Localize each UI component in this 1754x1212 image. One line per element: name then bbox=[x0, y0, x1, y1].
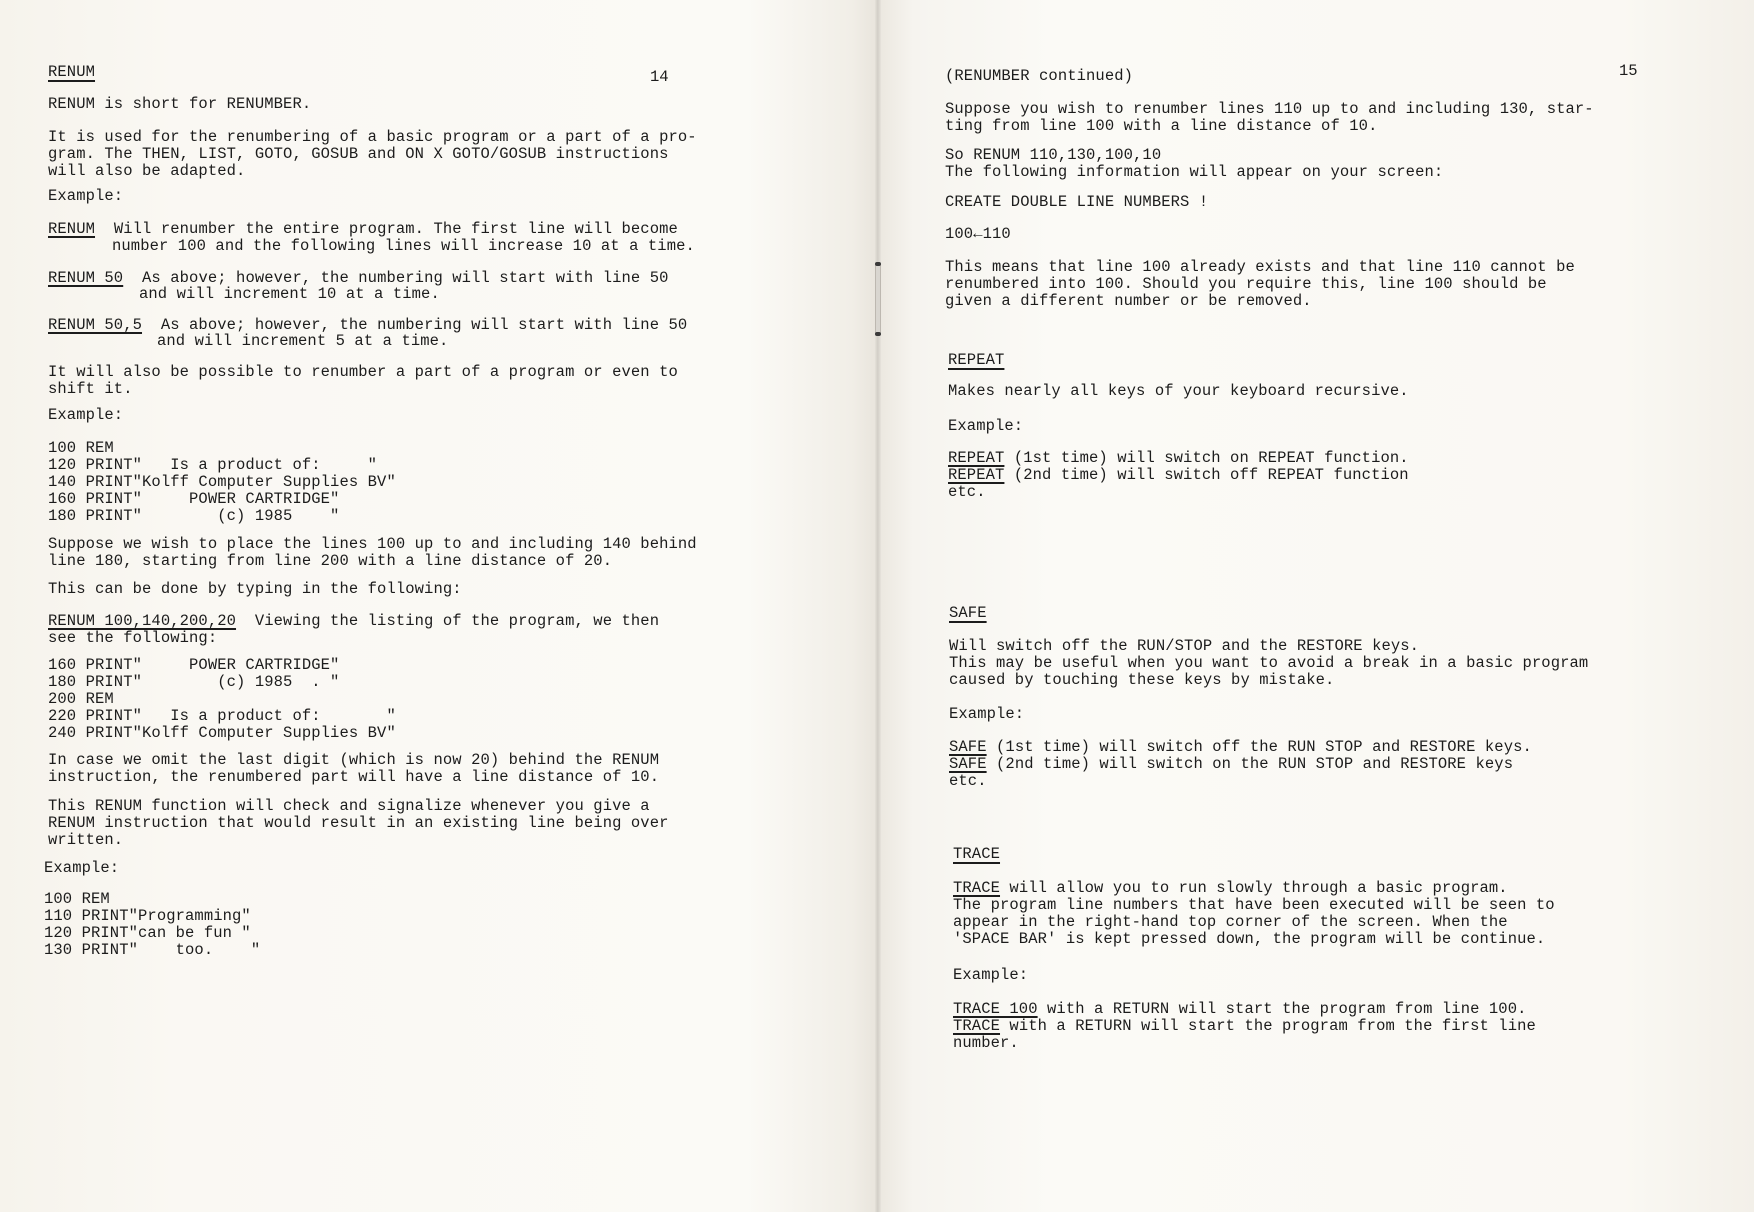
example-label: Example: bbox=[953, 967, 1028, 984]
text-line: will allow you to run slowly through a b… bbox=[1000, 879, 1508, 897]
code-line: 100 REM bbox=[48, 439, 114, 457]
text-line: (2nd time) will switch off REPEAT functi… bbox=[1004, 466, 1408, 484]
text-line: line 180, starting from line 200 with a … bbox=[48, 552, 612, 570]
section-heading-safe: SAFE bbox=[949, 605, 987, 622]
section-heading-renum: RENUM bbox=[48, 64, 95, 81]
code-line: 100 REM bbox=[44, 890, 110, 908]
continued-heading: (RENUMBER continued) bbox=[945, 68, 1133, 85]
safe-examples: SAFE (1st time) will switch off the RUN … bbox=[949, 739, 1532, 790]
text-line: In case we omit the last digit (which is… bbox=[48, 751, 659, 769]
code-line: 200 REM bbox=[48, 690, 114, 708]
text-line: This RENUM function will check and signa… bbox=[48, 797, 650, 815]
command: SAFE bbox=[949, 738, 987, 756]
text-line: Viewing the listing of the program, we t… bbox=[236, 612, 659, 630]
command: RENUM 100,140,200,20 bbox=[48, 612, 236, 630]
command: RENUM 50,5 bbox=[48, 316, 142, 334]
paragraph: It is used for the renumbering of a basi… bbox=[48, 129, 697, 180]
example-label: Example: bbox=[949, 706, 1024, 723]
command: REPEAT bbox=[948, 449, 1004, 467]
text-line: will also be adapted. bbox=[48, 162, 245, 180]
page-number: 14 bbox=[650, 68, 669, 86]
command: REPEAT bbox=[948, 466, 1004, 484]
text-line: Will renumber the entire program. The fi… bbox=[114, 220, 678, 238]
screen-message: CREATE DOUBLE LINE NUMBERS ! bbox=[945, 194, 1208, 211]
code-line: 160 PRINT" POWER CARTRIDGE" bbox=[48, 490, 339, 508]
trace-description: TRACE will allow you to run slowly throu… bbox=[953, 880, 1555, 948]
paragraph: Suppose we wish to place the lines 100 u… bbox=[48, 536, 697, 570]
example-label: Example: bbox=[44, 860, 119, 877]
text-line: instruction, the renumbered part will ha… bbox=[48, 768, 659, 786]
page-15: (RENUMBER continued) 15 Suppose you wish… bbox=[878, 0, 1754, 1212]
text-line: It is used for the renumbering of a basi… bbox=[48, 128, 697, 146]
text-line: with a RETURN will start the program fro… bbox=[1000, 1017, 1536, 1035]
text-line: with a RETURN will start the program fro… bbox=[1038, 1000, 1527, 1018]
text-line: renumbered into 100. Should you require … bbox=[945, 275, 1547, 293]
code-line: 130 PRINT" too. " bbox=[44, 941, 260, 959]
command: TRACE bbox=[953, 879, 1000, 897]
booklet-spread: RENUM 14 RENUM is short for RENUMBER. It… bbox=[0, 0, 1754, 1212]
command: RENUM 50 bbox=[48, 269, 123, 287]
command-example: RENUM 100,140,200,20 Viewing the listing… bbox=[48, 613, 659, 647]
text-line: shift it. bbox=[48, 380, 133, 398]
text-line: Suppose we wish to place the lines 100 u… bbox=[48, 535, 697, 553]
text-line: The following information will appear on… bbox=[945, 163, 1443, 181]
text-line: etc. bbox=[948, 483, 986, 501]
screen-line: 100←110 bbox=[945, 226, 1011, 243]
text-line: It will also be possible to renumber a p… bbox=[48, 363, 678, 381]
text-line: This may be useful when you want to avoi… bbox=[949, 654, 1588, 672]
text-line: gram. The THEN, LIST, GOTO, GOSUB and ON… bbox=[48, 145, 669, 163]
example-label: Example: bbox=[48, 407, 123, 424]
code-listing-2: 160 PRINT" POWER CARTRIDGE" 180 PRINT" (… bbox=[48, 657, 396, 742]
paragraph: Suppose you wish to renumber lines 110 u… bbox=[945, 101, 1594, 135]
safe-description: Will switch off the RUN/STOP and the RES… bbox=[949, 638, 1588, 689]
staple bbox=[876, 264, 880, 334]
paragraph: It will also be possible to renumber a p… bbox=[48, 364, 678, 398]
text-line: (1st time) will switch on REPEAT functio… bbox=[1004, 449, 1408, 467]
paragraph: This RENUM function will check and signa… bbox=[48, 798, 669, 849]
command: TRACE 100 bbox=[953, 1000, 1038, 1018]
text-line: This means that line 100 already exists … bbox=[945, 258, 1575, 276]
code-line: 220 PRINT" Is a product of: " bbox=[48, 707, 396, 725]
paragraph: So RENUM 110,130,100,10 The following in… bbox=[945, 147, 1443, 181]
repeat-examples: REPEAT (1st time) will switch on REPEAT … bbox=[948, 450, 1409, 501]
page-14: RENUM 14 RENUM is short for RENUMBER. It… bbox=[0, 0, 878, 1212]
trace-examples: TRACE 100 with a RETURN will start the p… bbox=[953, 1001, 1536, 1052]
usage-renum: RENUM Will renumber the entire program. … bbox=[48, 221, 678, 238]
usage-renum-50-cont: and will increment 10 at a time. bbox=[139, 286, 440, 303]
example-label: Example: bbox=[48, 188, 123, 205]
text-line: Suppose you wish to renumber lines 110 u… bbox=[945, 100, 1594, 118]
staple-end bbox=[875, 262, 881, 266]
text-line: number. bbox=[953, 1034, 1019, 1052]
command: SAFE bbox=[949, 755, 987, 773]
code-line: 140 PRINT"Kolff Computer Supplies BV" bbox=[48, 473, 396, 491]
text-line: So RENUM 110,130,100,10 bbox=[945, 146, 1161, 164]
text-line: 'SPACE BAR' is kept pressed down, the pr… bbox=[953, 930, 1545, 948]
repeat-description: Makes nearly all keys of your keyboard r… bbox=[948, 383, 1409, 400]
text-line: appear in the right-hand top corner of t… bbox=[953, 913, 1508, 931]
text-line: Will switch off the RUN/STOP and the RES… bbox=[949, 637, 1419, 655]
paragraph: This means that line 100 already exists … bbox=[945, 259, 1575, 310]
code-line: 120 PRINT"can be fun " bbox=[44, 924, 251, 942]
code-listing-1: 100 REM 120 PRINT" Is a product of: " 14… bbox=[48, 440, 396, 525]
example-label: Example: bbox=[948, 418, 1023, 435]
text-line: caused by touching these keys by mistake… bbox=[949, 671, 1334, 689]
booklet-spine bbox=[875, 0, 881, 1212]
code-line: 180 PRINT" (c) 1985 " bbox=[48, 507, 339, 525]
text-line: (1st time) will switch off the RUN STOP … bbox=[987, 738, 1532, 756]
command: RENUM bbox=[48, 220, 95, 238]
page-number: 15 bbox=[1619, 62, 1638, 80]
section-heading-trace: TRACE bbox=[953, 846, 1000, 863]
paragraph: In case we omit the last digit (which is… bbox=[48, 752, 659, 786]
text-line: The program line numbers that have been … bbox=[953, 896, 1555, 914]
text-line: written. bbox=[48, 831, 123, 849]
text-line: (2nd time) will switch on the RUN STOP a… bbox=[987, 755, 1513, 773]
text-line: see the following: bbox=[48, 629, 217, 647]
code-line: 120 PRINT" Is a product of: " bbox=[48, 456, 377, 474]
staple-end bbox=[875, 332, 881, 336]
usage-renum-cont: number 100 and the following lines will … bbox=[112, 238, 695, 255]
paragraph: This can be done by typing in the follow… bbox=[48, 581, 462, 598]
code-listing-3: 100 REM 110 PRINT"Programming" 120 PRINT… bbox=[44, 891, 260, 959]
command: TRACE bbox=[953, 1017, 1000, 1035]
text-line: etc. bbox=[949, 772, 987, 790]
text-line: ting from line 100 with a line distance … bbox=[945, 117, 1377, 135]
text-line: RENUM instruction that would result in a… bbox=[48, 814, 669, 832]
code-line: 240 PRINT"Kolff Computer Supplies BV" bbox=[48, 724, 396, 742]
code-line: 160 PRINT" POWER CARTRIDGE" bbox=[48, 656, 339, 674]
code-line: 110 PRINT"Programming" bbox=[44, 907, 251, 925]
code-line: 180 PRINT" (c) 1985 . " bbox=[48, 673, 339, 691]
intro-text: RENUM is short for RENUMBER. bbox=[48, 96, 311, 113]
section-heading-repeat: REPEAT bbox=[948, 352, 1004, 369]
usage-renum-50-5-cont: and will increment 5 at a time. bbox=[157, 333, 448, 350]
text-line: given a different number or be removed. bbox=[945, 292, 1312, 310]
